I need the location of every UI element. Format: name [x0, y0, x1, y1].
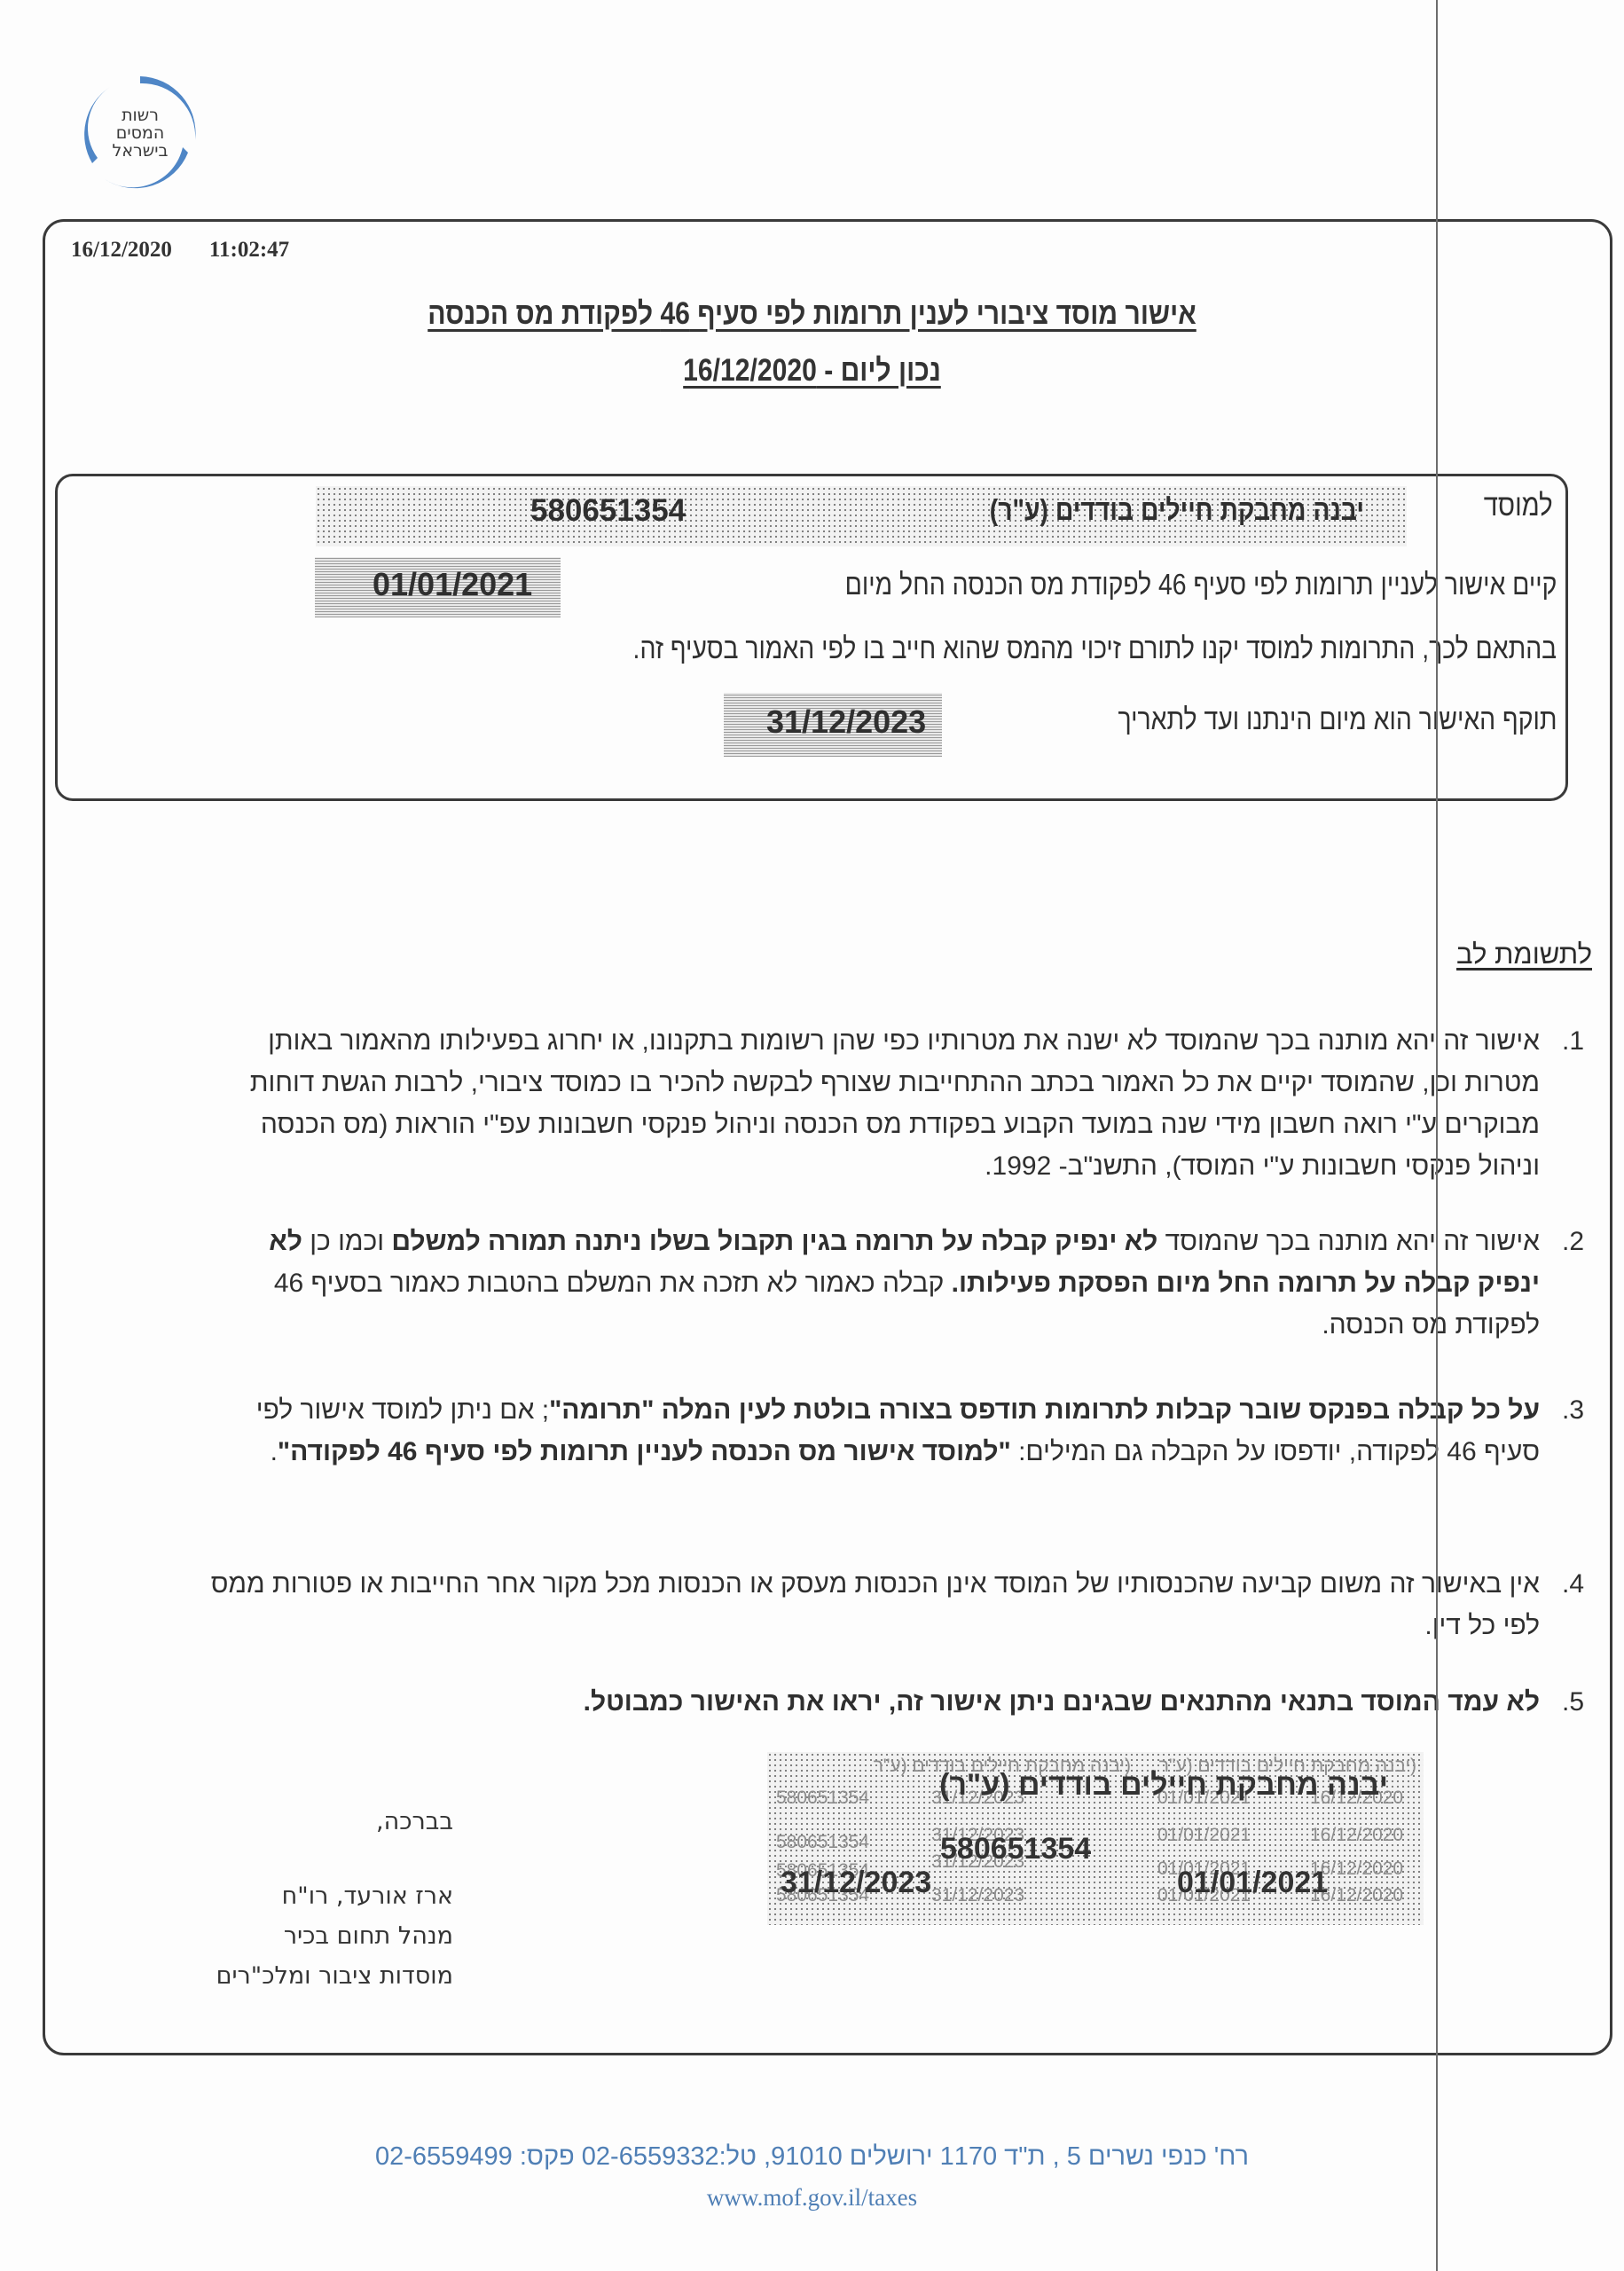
note-item: 4. אין באישור זה משום קביעה שהכנסותיו של…	[200, 1563, 1584, 1646]
page-subtitle: נכון ליום - 16/12/2020	[114, 353, 1510, 389]
page-title: אישור מוסד ציבורי לענין תרומות לפי סעיף …	[114, 296, 1510, 332]
note-text: אישור זה יהא מותנה בכך שהמוסד לא ישנה את…	[200, 1020, 1540, 1187]
note-text-bold: על כל קבלה בפנקס שובר קבלות לתרומות תודפ…	[549, 1395, 1540, 1425]
print-datetime: 16/12/202011:02:47	[71, 238, 326, 263]
signature-greeting: בברכה,	[376, 1808, 453, 1835]
institution-id: 580651354	[530, 493, 686, 529]
footer-website-link[interactable]: www.mof.gov.il/taxes	[0, 2184, 1624, 2212]
note-text: על כל קבלה בפנקס שובר קבלות לתרומות תודפ…	[200, 1389, 1540, 1473]
note-number: 3.	[1562, 1389, 1584, 1431]
note-number: 1.	[1562, 1020, 1584, 1062]
logo-line: המסים	[78, 124, 202, 142]
note-number: 2.	[1562, 1221, 1584, 1262]
institution-label: למוסד	[1472, 489, 1553, 523]
security-stamp: (יבנה מחבקת חיילים בודדים (ע"ר (יבנה מחב…	[767, 1752, 1424, 1925]
scan-line-artifact	[1436, 0, 1438, 2271]
note-text-run: אין באישור זה משום קביעה שהכנסותיו של המ…	[211, 1569, 1540, 1640]
note-text-bold: "למוסד אישור מס הכנסה לעניין תרומות לפי …	[278, 1437, 1011, 1466]
stamp-id-big: 580651354	[940, 1832, 1091, 1866]
stamp-name-big: יבנה מחבקת חיילים בודדים (ע"ר)	[939, 1768, 1388, 1803]
note-text-bold: לא ינפיק קבלה על תרומה בגין תקבול בשלו נ…	[391, 1227, 1157, 1256]
note-text-run: .	[271, 1437, 278, 1466]
stamp-id-small: 580651354	[776, 1832, 869, 1853]
note-text-run: וכמו כן	[302, 1227, 392, 1256]
credit-line: בהתאם לכך, התרומות למוסד יקנו לתורם זיכו…	[482, 632, 1557, 665]
note-item: 5. לא עמד המוסד בתנאי מהתנאים שבגינם נית…	[200, 1681, 1584, 1723]
note-item: 3. על כל קבלה בפנקס שובר קבלות לתרומות ת…	[200, 1389, 1584, 1473]
stamp-until-big: 31/12/2023	[781, 1866, 931, 1900]
validity-line: תוקף האישור הוא מיום הינתנו ועד לתאריך	[1047, 703, 1557, 736]
note-item: 2. אישור זה יהא מותנה בכך שהמוסד לא ינפי…	[200, 1221, 1584, 1346]
stamp-id-small: 580651354	[776, 1788, 869, 1809]
valid-from-date: 01/01/2021	[373, 566, 532, 603]
stamp-issued-small: 16/12/2020	[1310, 1825, 1403, 1846]
logo-line: בישראל	[78, 142, 202, 160]
notes-heading: לתשומת לב	[1456, 939, 1592, 970]
signatory-role: מנהל תחום בכיר	[284, 1922, 453, 1950]
print-date: 16/12/2020	[71, 238, 172, 262]
note-item: 1. אישור זה יהא מותנה בכך שהמוסד לא ישנה…	[200, 1020, 1584, 1187]
note-text-run: אישור זה יהא מותנה בכך שהמוסד לא ישנה את…	[250, 1026, 1540, 1181]
signatory-name: ארז אורעד, רו"ח	[282, 1882, 453, 1910]
tax-authority-logo: רשות המסים בישראל	[78, 71, 202, 195]
stamp-until-small: 31/12/2023	[931, 1885, 1024, 1906]
note-text: אישור זה יהא מותנה בכך שהמוסד לא ינפיק ק…	[200, 1221, 1540, 1346]
approval-line: קיים אישור לעניין תרומות לפי סעיף 46 לפק…	[729, 568, 1557, 601]
note-text-bold: לא עמד המוסד בתנאי מהתנאים שבגינם ניתן א…	[584, 1687, 1540, 1717]
note-number: 5.	[1562, 1681, 1584, 1723]
stamp-from-small: 01/01/2021	[1157, 1825, 1251, 1846]
note-text: לא עמד המוסד בתנאי מהתנאים שבגינם ניתן א…	[200, 1681, 1540, 1723]
signatory-department: מוסדות ציבור ומלכ"רים	[216, 1962, 453, 1990]
stamp-from-big: 01/01/2021	[1177, 1866, 1328, 1900]
print-time: 11:02:47	[209, 238, 289, 262]
logo-line: רשות	[78, 106, 202, 124]
note-number: 4.	[1562, 1563, 1584, 1605]
valid-until-date: 31/12/2023	[766, 703, 926, 741]
footer-address: רח' כנפי נשרים 5 , ת"ד 1170 ירושלים 9101…	[0, 2142, 1624, 2172]
institution-name: יבנה מחבקת חיילים בודדים (ע"ר)	[929, 493, 1364, 527]
note-text: אין באישור זה משום קביעה שהכנסותיו של המ…	[200, 1563, 1540, 1646]
note-text-run: אישור זה יהא מותנה בכך שהמוסד	[1157, 1227, 1540, 1256]
